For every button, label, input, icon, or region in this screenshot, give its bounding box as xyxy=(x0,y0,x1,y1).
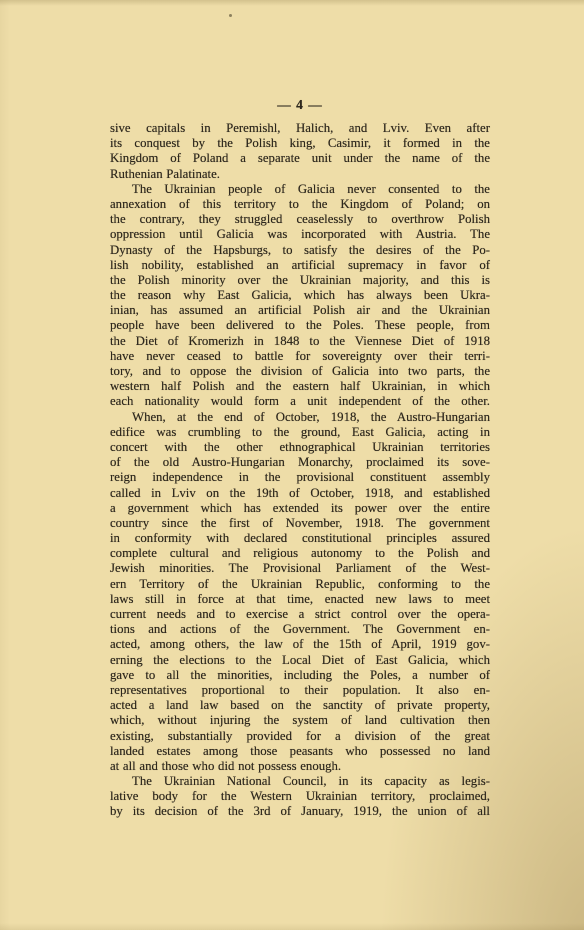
text-line: reign independence in the provisional co… xyxy=(110,470,490,485)
text-line: erning the elections to the Local Diet o… xyxy=(110,653,490,668)
scan-speck xyxy=(229,14,232,17)
text-line: the Polish minority over the Ukrainian m… xyxy=(110,273,490,288)
text-line: Kingdom of Poland a separate unit under … xyxy=(110,151,490,166)
text-line: country since the first of November, 191… xyxy=(110,516,490,531)
text-line: oppression until Galicia was incorporate… xyxy=(110,227,490,242)
text-line: edifice was crumbling to the ground, Eas… xyxy=(110,425,490,440)
text-line: tory, and to oppose the division of Gali… xyxy=(110,364,490,379)
text-line: western half Polish and the eastern half… xyxy=(110,379,490,394)
text-line: which, without injuring the system of la… xyxy=(110,713,490,728)
text-line: The Ukrainian people of Galicia never co… xyxy=(110,182,490,197)
text-line: tions and actions of the Government. The… xyxy=(110,622,490,637)
text-line: Jewish minorities. The Provisional Parli… xyxy=(110,561,490,576)
text-line: When, at the end of October, 1918, the A… xyxy=(110,410,490,425)
text-line: current needs and to exercise a strict c… xyxy=(110,607,490,622)
text-line: Ruthenian Palatinate. xyxy=(110,167,490,182)
text-line: representatives proportional to their po… xyxy=(110,683,490,698)
text-line: The Ukrainian National Council, in its c… xyxy=(110,774,490,789)
text-line: laws still in force at that time, enacte… xyxy=(110,592,490,607)
text-line: the contrary, they struggled ceaselessly… xyxy=(110,212,490,227)
text-line: of the old Austro-Hungarian Monarchy, pr… xyxy=(110,455,490,470)
text-line: ern Territory of the Ukrainian Republic,… xyxy=(110,577,490,592)
text-line: by its decision of the 3rd of January, 1… xyxy=(110,804,490,819)
text-line: in conformity with declared constitution… xyxy=(110,531,490,546)
text-line: at all and those who did not possess eno… xyxy=(110,759,490,774)
page-text: sive capitals in Peremishl, Halich, and … xyxy=(110,121,490,820)
text-line: annexation of this territory to the King… xyxy=(110,197,490,212)
text-line: people have been delivered to the Poles.… xyxy=(110,318,490,333)
text-line: acted a land law based on the sanctity o… xyxy=(110,698,490,713)
text-line: concert with the other ethnographical Uk… xyxy=(110,440,490,455)
text-line: landed estates among those peasants who … xyxy=(110,744,490,759)
text-line: the reason why East Galicia, which has a… xyxy=(110,288,490,303)
book-page: — 4 — sive capitals in Peremishl, Halich… xyxy=(0,0,584,930)
text-line: called in Lviv on the 19th of October, 1… xyxy=(110,486,490,501)
text-line: inian, has assumed an artificial Polish … xyxy=(110,303,490,318)
text-line: acted, among others, the law of the 15th… xyxy=(110,637,490,652)
text-line: its conquest by the Polish king, Casimir… xyxy=(110,136,490,151)
text-line: Dynasty of the Hapsburgs, to satisfy the… xyxy=(110,243,490,258)
text-line: each nationality would form a unit indep… xyxy=(110,394,490,409)
text-line: the Diet of Kromerizh in 1848 to the Vie… xyxy=(110,334,490,349)
text-line: gave to all the minorities, including th… xyxy=(110,668,490,683)
text-line: a government which has extended its powe… xyxy=(110,501,490,516)
text-line: sive capitals in Peremishl, Halich, and … xyxy=(110,121,490,136)
text-line: lish nobility, established an artificial… xyxy=(110,258,490,273)
page-number: — 4 — xyxy=(110,97,490,113)
text-line: existing, substantially provided for a d… xyxy=(110,729,490,744)
text-line: have never ceased to battle for sovereig… xyxy=(110,349,490,364)
text-line: lative body for the Western Ukrainian te… xyxy=(110,789,490,804)
text-line: complete cultural and religious autonomy… xyxy=(110,546,490,561)
